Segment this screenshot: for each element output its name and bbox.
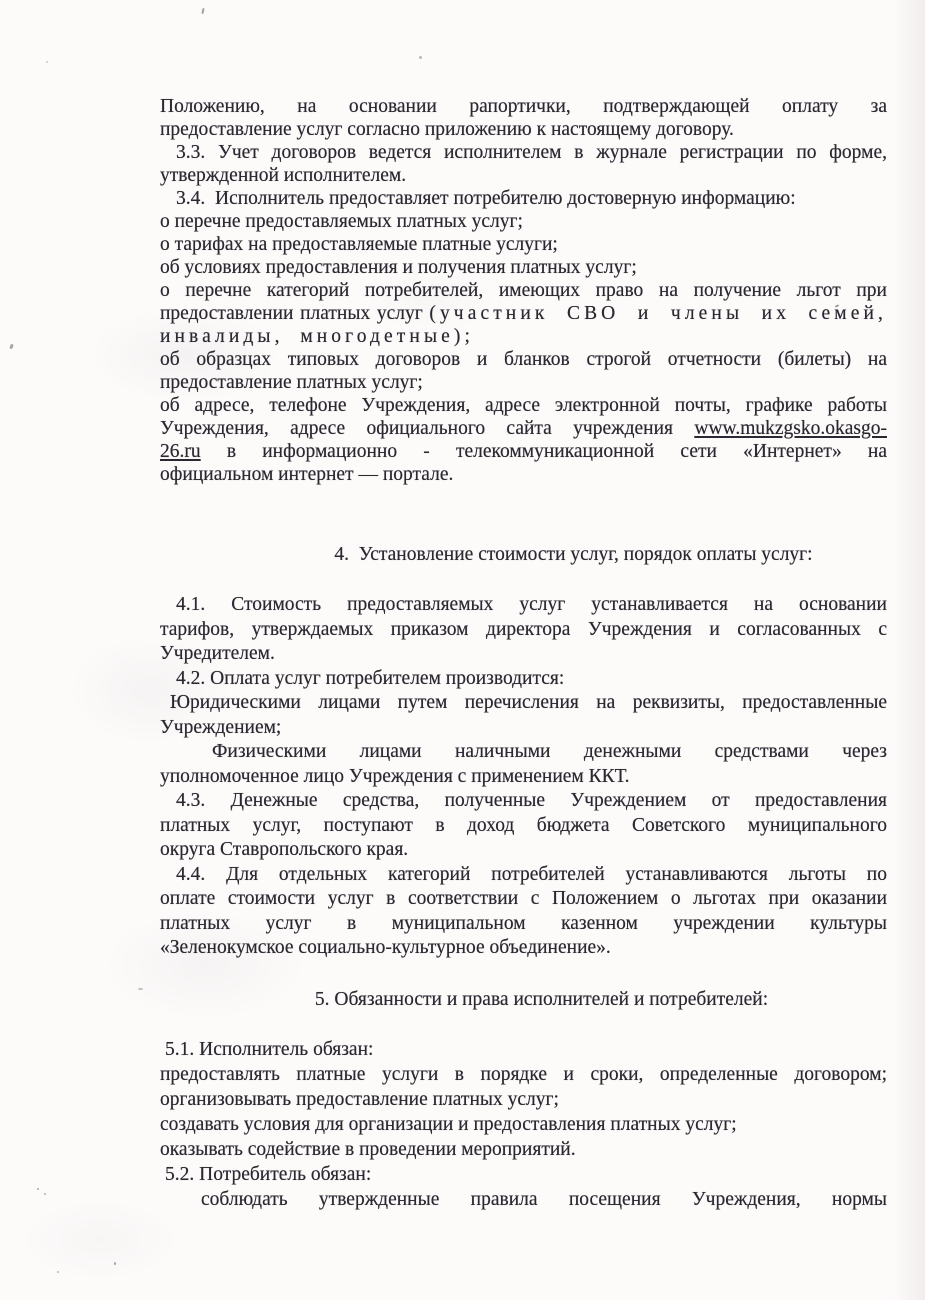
scan-speck: [44, 1193, 46, 1195]
text-line: округа Ставропольского края.: [160, 838, 887, 863]
text-line: платных услуг в муниципальном казенном у…: [160, 912, 887, 937]
text-run: предоставлении платных услуг: [160, 303, 429, 324]
text-line: утвержденной исполнителем.: [160, 164, 887, 187]
heading-section-5: 5. Обязанности и права исполнителей и по…: [160, 988, 887, 1012]
text-run: Учреждения, адресе официального сайта уч…: [160, 418, 694, 439]
text-line: оплате стоимости услуг в соответствии с …: [160, 887, 887, 912]
section-3: Положению, на основании рапортички, подт…: [160, 95, 887, 486]
scan-speck: [9, 344, 14, 350]
list-item: организовывать предоставление платных ус…: [160, 1087, 887, 1112]
clause-5-1: 5.1. Исполнитель обязан:: [160, 1037, 887, 1062]
letterspaced-line: инвалиды, многодетные);: [160, 325, 887, 348]
document-text-block: Положению, на основании рапортички, подт…: [160, 0, 887, 1212]
text-line: Юридическими лицами путем перечисления н…: [160, 691, 887, 716]
section-4: 4.1. Стоимость предоставляемых услуг уст…: [160, 593, 887, 961]
text-line: Положению, на основании рапортички, подт…: [160, 95, 887, 118]
text-line: предоставлении платных услуг (участник С…: [160, 302, 887, 325]
list-item: об образцах типовых договоров и бланков …: [160, 348, 887, 371]
section-5: 5.1. Исполнитель обязан: предоставлять п…: [160, 1037, 887, 1212]
text-line: «Зеленокумское социально-культурное объе…: [160, 936, 887, 961]
scan-speck: [37, 1188, 39, 1190]
scanned-document-page: Положению, на основании рапортички, подт…: [0, 0, 925, 1300]
text-run: в информационно - телекоммуникационной с…: [201, 441, 887, 462]
scan-speck: [419, 56, 422, 59]
clause-3-4: 3.4. Исполнитель предоставляет потребите…: [160, 187, 887, 210]
text-line: предоставление услуг согласно приложению…: [160, 118, 887, 141]
clause-4-1: 4.1. Стоимость предоставляемых услуг уст…: [160, 593, 887, 618]
text-line: Учредителем.: [160, 642, 887, 667]
heading-section-4: 4. Установление стоимости услуг, порядок…: [160, 543, 887, 567]
list-item: оказывать содействие в проведении меропр…: [160, 1137, 887, 1162]
text-line: уполномоченное лицо Учреждения с примене…: [160, 765, 887, 790]
list-item: о перечне предоставляемых платных услуг;: [160, 210, 887, 233]
clause-5-2: 5.2. Потребитель обязан:: [160, 1162, 887, 1187]
scan-speck: [57, 1271, 59, 1273]
list-item: предоставлять платные услуги в порядке и…: [160, 1062, 887, 1087]
text-line: 26.ru в информационно - телекоммуникацио…: [160, 440, 887, 463]
text-line: платных услуг, поступают в доход бюджета…: [160, 814, 887, 839]
clause-3-3: 3.3. Учет договоров ведется исполнителем…: [160, 141, 887, 164]
list-item: о тарифах на предоставляемые платные усл…: [160, 233, 887, 256]
list-item: создавать условия для организации и пред…: [160, 1112, 887, 1137]
scan-speck: [46, 61, 48, 63]
text-line: Учреждением;: [160, 716, 887, 741]
list-item: о перечне категорий потребителей, имеющи…: [160, 279, 887, 302]
clause-4-3: 4.3. Денежные средства, полученные Учреж…: [160, 789, 887, 814]
site-url: www.mukzgsko.okasgo-: [694, 418, 887, 439]
text-line: тарифов, утверждаемых приказом директора…: [160, 618, 887, 643]
text-line: Учреждения, адресе официального сайта уч…: [160, 417, 887, 440]
text-line: официальном интернет — портале.: [160, 463, 887, 486]
scan-speck: [138, 988, 143, 990]
site-url: 26.ru: [160, 441, 201, 462]
text-line: соблюдать утвержденные правила посещения…: [160, 1187, 887, 1212]
list-item: об условиях предоставления и получения п…: [160, 256, 887, 279]
scan-speck: [114, 1262, 116, 1265]
text-line: предоставление платных услуг;: [160, 371, 887, 394]
list-item: об адресе, телефоне Учреждения, адресе э…: [160, 394, 887, 417]
clause-4-4: 4.4. Для отдельных категорий потребителе…: [160, 863, 887, 888]
letterspaced-run: (участник СВО и члены их семей,: [429, 303, 887, 324]
clause-4-2: 4.2. Оплата услуг потребителем производи…: [160, 667, 887, 692]
text-line: Физическими лицами наличными денежными с…: [160, 740, 887, 765]
